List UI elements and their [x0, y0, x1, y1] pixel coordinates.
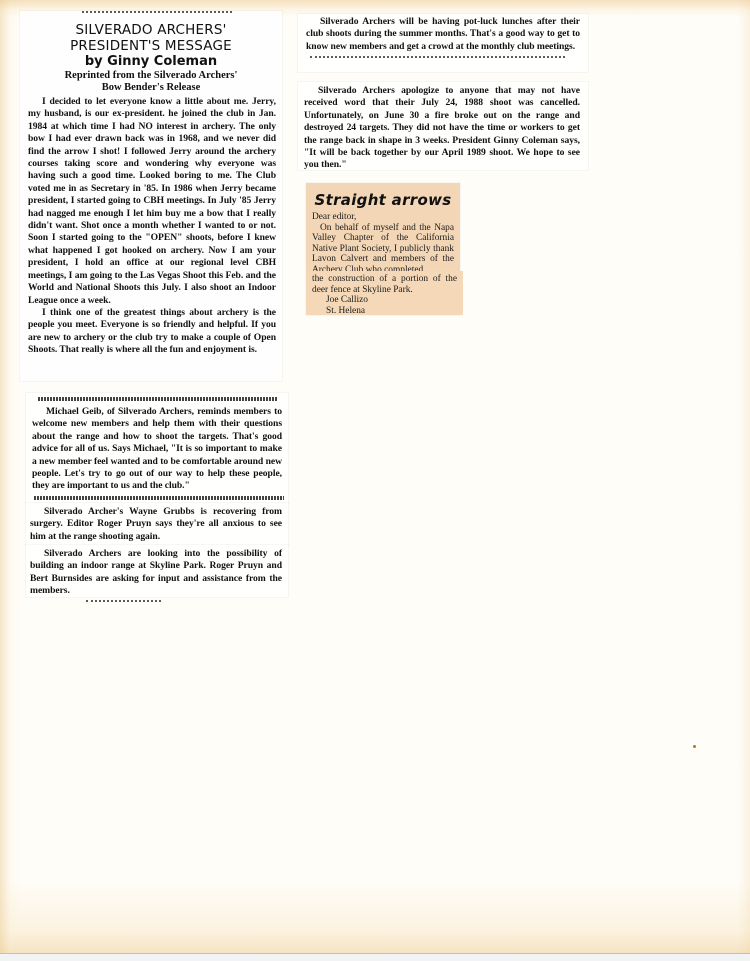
reprint-note: Reprinted from the Silverado Archers' Bo… [20, 70, 282, 94]
title-line: PRESIDENT'S MESSAGE [20, 38, 282, 54]
presidents-message-clipping: SILVERADO ARCHERS' PRESIDENT'S MESSAGE b… [20, 11, 282, 381]
potluck-clipping: Silverado Archers will be having pot-luc… [298, 14, 588, 72]
title-line: SILVERADO ARCHERS' [20, 22, 282, 38]
paragraph: Silverado Archers apologize to anyone th… [304, 85, 580, 172]
article-body: Silverado Archers will be having pot-luc… [298, 14, 588, 53]
signature-place: St. Helena [312, 306, 457, 317]
wayne-grubbs-clipping: Silverado Archer's Wayne Grubbs is recov… [26, 503, 288, 545]
article-body: Michael Geib, of Silverado Archers, remi… [26, 401, 288, 493]
letter-to-editor-clipping: Straight arrows Dear editor, On behalf o… [306, 183, 460, 315]
article-body: Silverado Archers apologize to anyone th… [298, 82, 588, 172]
dotted-rule [310, 56, 565, 61]
paragraph: I think one of the greatest things about… [28, 307, 276, 357]
michael-geib-clipping: Michael Geib, of Silverado Archers, remi… [26, 393, 288, 503]
article-body: I decided to let everyone know a little … [20, 94, 282, 357]
dotted-rule [86, 600, 161, 605]
hatched-rule [34, 496, 284, 500]
headline: Straight arrows [306, 191, 460, 209]
scrapbook-page: SILVERADO ARCHERS' PRESIDENT'S MESSAGE b… [0, 0, 750, 961]
clipping-title: SILVERADO ARCHERS' PRESIDENT'S MESSAGE [20, 22, 282, 54]
letter-body: the construction of a portion of the dee… [306, 271, 463, 316]
salutation: Dear editor, [312, 212, 454, 223]
page-bottom-edge [0, 953, 750, 961]
paragraph: Silverado Archer's Wayne Grubbs is recov… [30, 506, 282, 543]
paragraph: Silverado Archers are looking into the p… [30, 548, 282, 598]
letter-body: Dear editor, On behalf of myself and the… [306, 212, 460, 276]
article-body: Silverado Archer's Wayne Grubbs is recov… [26, 503, 288, 543]
paragraph: Michael Geib, of Silverado Archers, remi… [32, 406, 282, 493]
paragraph: On behalf of myself and the Napa Valley … [312, 223, 454, 276]
apology-clipping: Silverado Archers apologize to anyone th… [298, 82, 588, 170]
paragraph: I decided to let everyone know a little … [28, 96, 276, 307]
reprint-line: Reprinted from the Silverado Archers' [20, 70, 282, 82]
paragraph: Silverado Archers will be having pot-luc… [306, 16, 580, 53]
paper-speck [693, 745, 696, 748]
paragraph: the construction of a portion of the dee… [312, 274, 457, 295]
signature-name: Joe Callizo [312, 295, 457, 306]
reprint-line: Bow Bender's Release [20, 82, 282, 94]
article-body: Silverado Archers are looking into the p… [26, 545, 288, 598]
byline: by Ginny Coleman [20, 54, 282, 70]
hatched-rule [38, 397, 278, 401]
indoor-range-clipping: Silverado Archers are looking into the p… [26, 545, 288, 597]
letter-lower-strip: the construction of a portion of the dee… [306, 271, 463, 315]
dotted-rule [82, 11, 232, 16]
